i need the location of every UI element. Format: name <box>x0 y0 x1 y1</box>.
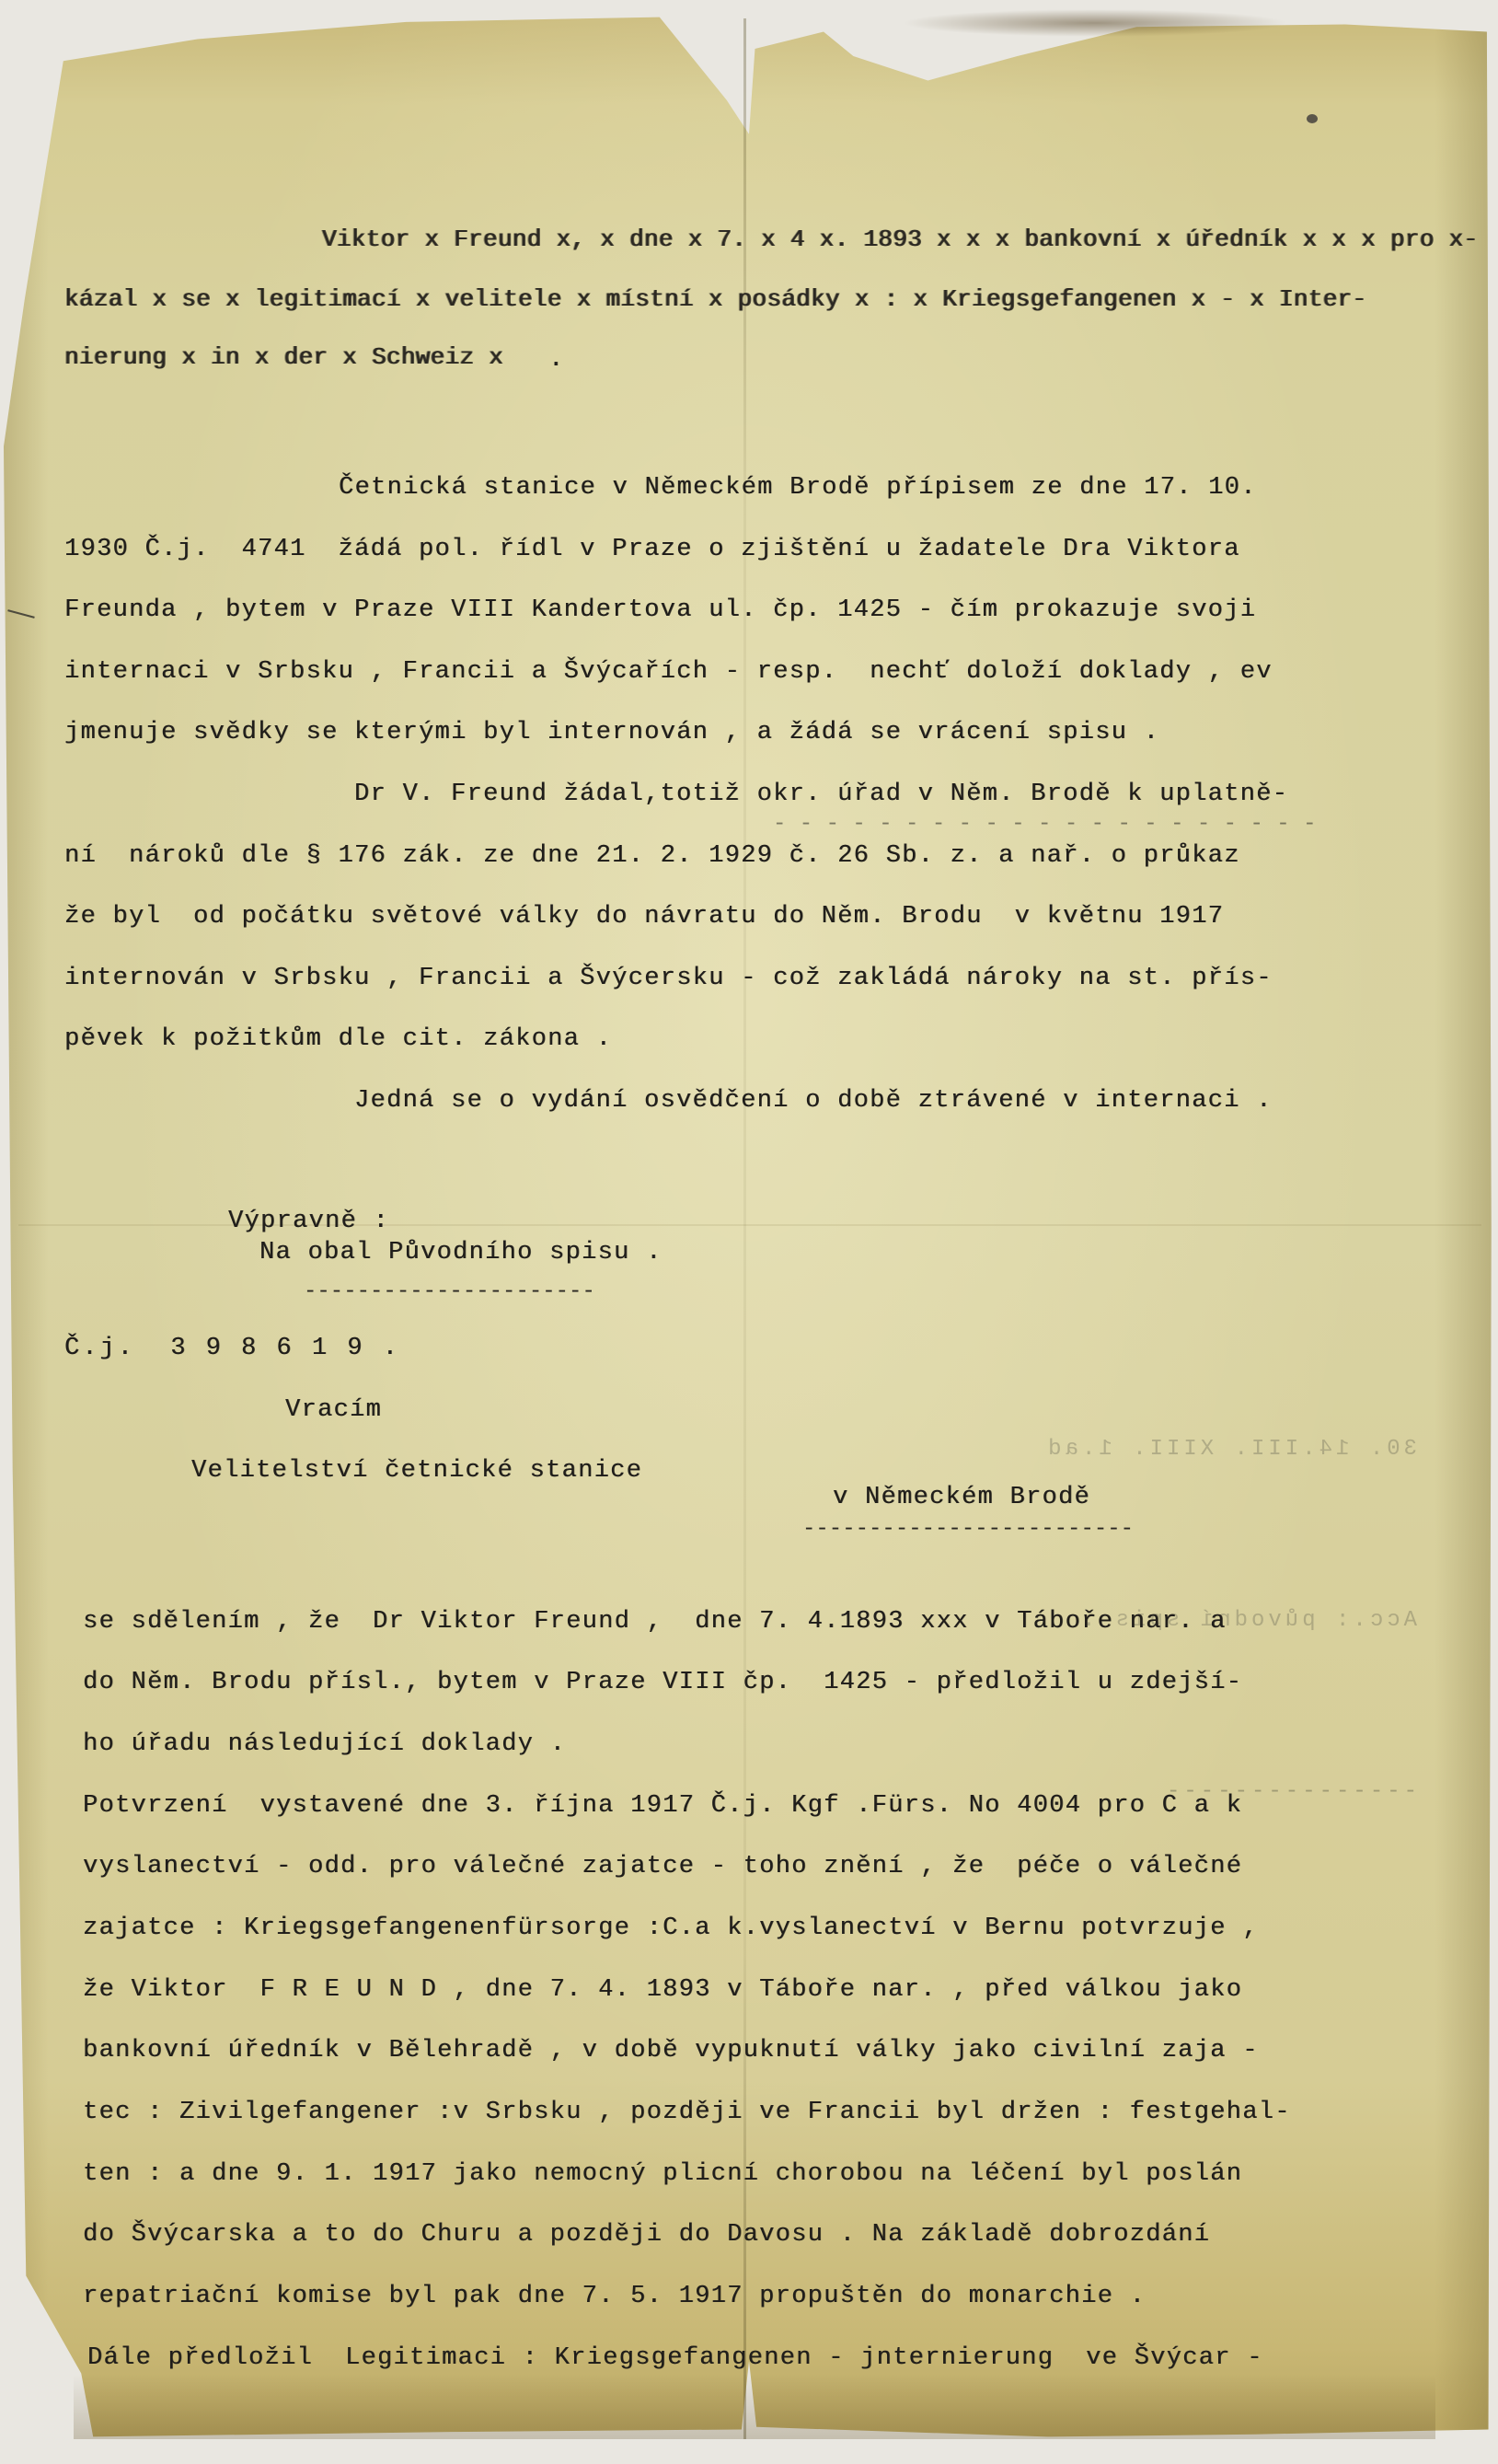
bleed-line: 30. 14.III. XIII. 1.ad <box>920 1421 1417 1478</box>
ink-spot <box>1307 114 1318 123</box>
text-line: tec : Zivilgefangener :v Srbsku , pozděj… <box>83 2099 1291 2126</box>
text-line: ten : a dne 9. 1. 1917 jako nemocný plic… <box>83 2160 1242 2188</box>
text-line: zajatce : Kriegsgefangenenfürsorge :C.a … <box>83 1915 1259 1942</box>
dispatch-text: Na obal Původního spisu . <box>259 1239 663 1267</box>
text-line: pěvek k požitkům dle cit. zákona . <box>64 1025 612 1053</box>
faint-underline: - - - - - - - - - - - - - - - - - - - - … <box>773 812 1317 837</box>
text-line: Četnická stanice v Německém Brodě přípis… <box>339 474 1257 502</box>
text-line: Dr V. Freund žádal,totiž okr. úřad v Něm… <box>354 781 1288 808</box>
struck-line: nierung x in x der x Schweiz x <box>64 343 503 371</box>
struck-line: Viktor x Freund x, x dne x 7. x 4 x. 189… <box>322 226 1478 253</box>
text-line: Potvrzení vystavené dne 3. října 1917 Č.… <box>83 1792 1242 1820</box>
return-underline: ------------------------- <box>802 1517 1134 1542</box>
text-line: internaci v Srbsku , Francii a Švýcařích… <box>64 658 1273 686</box>
return-location: v Německém Brodě <box>833 1484 1090 1511</box>
text-line: Jedná se o vydání osvědčení o době ztráv… <box>354 1087 1273 1115</box>
text-line: internován v Srbsku , Francii a Švýcersk… <box>64 965 1273 992</box>
text-line: jmenuje svědky se kterými byl internován… <box>64 719 1159 746</box>
text-line: bankovní úředník v Bělehradě , v době vy… <box>83 2037 1259 2065</box>
struck-line: kázal x se x legitimací x velitele x mís… <box>64 285 1366 313</box>
text-line: Freunda , bytem v Praze VIII Kandertova … <box>64 596 1256 624</box>
vertical-fold-crease <box>743 18 746 2439</box>
return-recipient: Velitelství četnické stanice <box>191 1457 642 1485</box>
text-line: do Švýcarska a to do Churu a později do … <box>83 2221 1210 2249</box>
dispatch-underline: ---------------------- <box>304 1279 595 1304</box>
return-verb: Vracím <box>285 1396 382 1424</box>
text-line: repatriační komise byl pak dne 7. 5. 191… <box>83 2283 1146 2310</box>
text-line: Dále předložil Legitimaci : Kriegsgefang… <box>87 2344 1263 2372</box>
text-line: že byl od počátku světové války do návra… <box>64 903 1224 931</box>
text-line: ní nároků dle § 176 zák. ze dne 21. 2. 1… <box>64 842 1240 870</box>
text-line: do Něm. Brodu přísl., bytem v Praze VIII… <box>83 1669 1242 1696</box>
paper-sheet <box>4 7 1494 2447</box>
text-line: se sdělením , že Dr Viktor Freund , dne … <box>83 1608 1227 1636</box>
text-line: vyslanectví - odd. pro válečné zajatce -… <box>83 1853 1242 1880</box>
top-edge-stain <box>902 9 1288 37</box>
text-line: že Viktor F R E U N D , dne 7. 4. 1893 v… <box>83 1976 1242 2004</box>
text-line: 1930 Č.j. 4741 žádá pol. řídl v Praze o … <box>64 536 1240 563</box>
reference-number: Č.j. 3 9 8 6 1 9 . <box>64 1335 400 1362</box>
struck-end-mark: . <box>548 346 565 374</box>
dispatch-label: Výpravně : <box>228 1208 389 1235</box>
text-line: ho úřadu následující doklady . <box>83 1730 566 1758</box>
bottom-edge-stain <box>74 2375 1435 2439</box>
